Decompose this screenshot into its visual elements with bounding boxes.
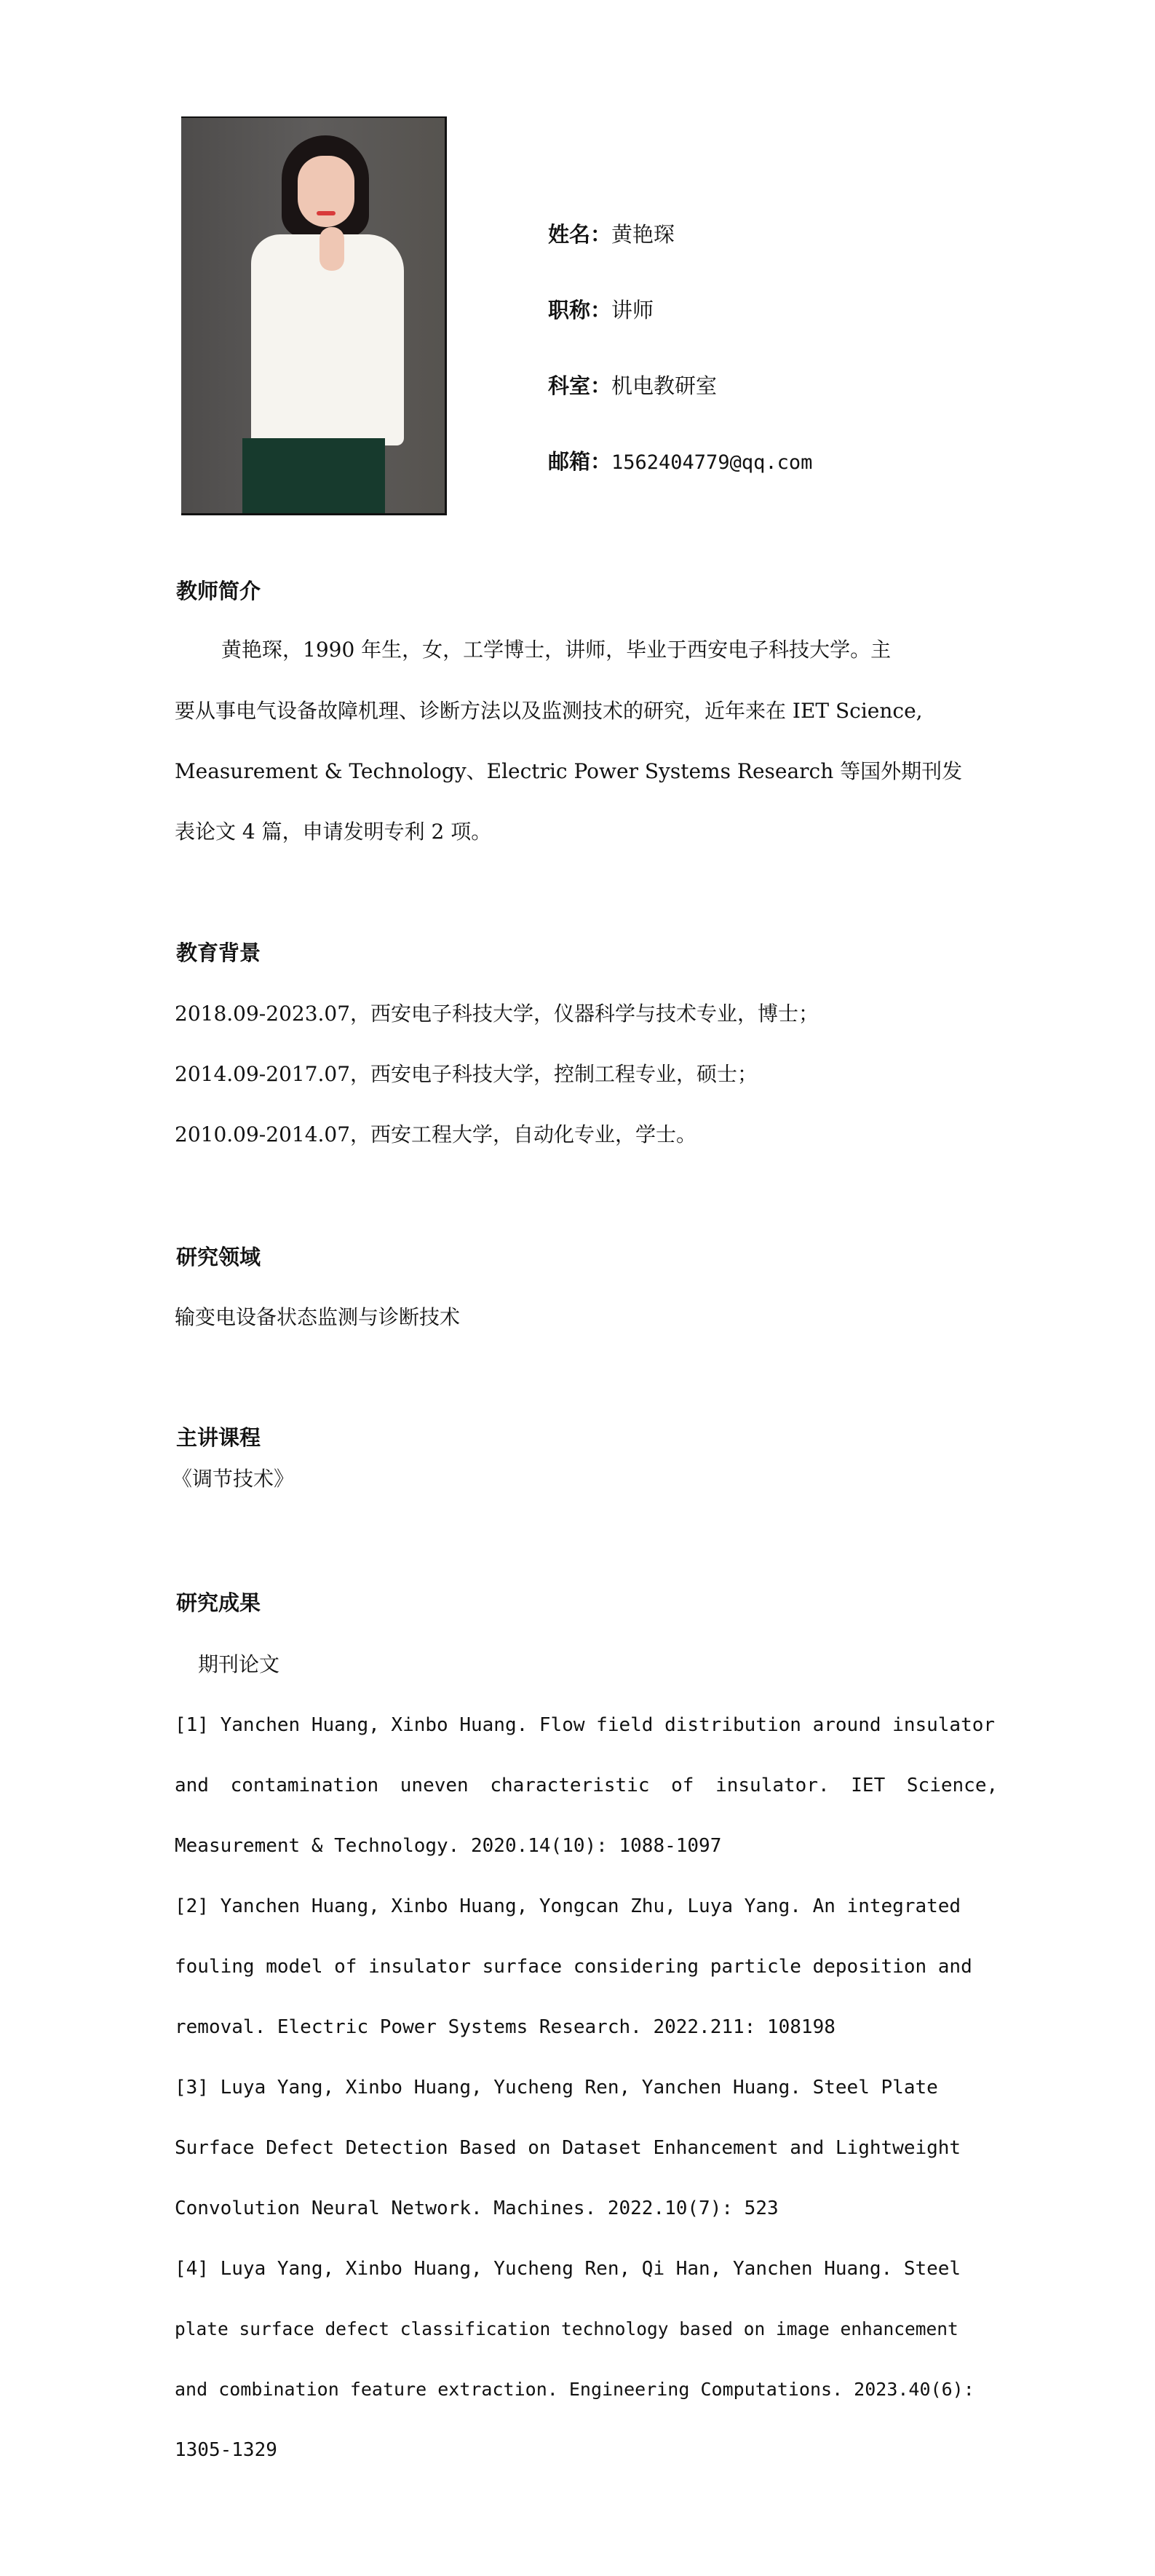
intro-line: Measurement & Technology、Electric Power … [175, 757, 962, 786]
section-heading-research-area: 研究领域 [176, 1243, 261, 1272]
email-link[interactable]: 1562404779@qq.com [611, 451, 812, 474]
photo-hand [319, 227, 344, 271]
paper-4-line: 1305-1329 [175, 2436, 277, 2465]
field-label: 邮箱： [548, 449, 611, 474]
field-label: 职称： [548, 298, 611, 322]
paper-4-line: [4] Luya Yang, Xinbo Huang, Yucheng Ren,… [175, 2254, 961, 2283]
section-heading-intro: 教师简介 [176, 576, 261, 606]
paper-2-line: fouling model of insulator surface consi… [175, 1952, 972, 1981]
intro-line: 表论文 4 篇，申请发明专利 2 项。 [175, 817, 491, 847]
teacher-photo [181, 116, 447, 515]
section-heading-courses: 主讲课程 [176, 1423, 261, 1452]
field-name: 姓名：黄艳琛 [548, 220, 675, 249]
education-item: 2010.09-2014.07，西安工程大学，自动化专业，学士。 [175, 1120, 696, 1149]
photo-face [298, 156, 354, 227]
field-title: 职称：讲师 [548, 296, 654, 325]
course-item: 《调节技术》 [172, 1465, 294, 1494]
section-heading-education: 教育背景 [176, 938, 261, 967]
paper-4-line: and combination feature extraction. Engi… [175, 2375, 975, 2404]
education-item: 2014.09-2017.07，西安电子科技大学，控制工程专业，硕士； [175, 1060, 758, 1089]
intro-line: 黄艳琛，1990 年生，女，工学博士，讲师，毕业于西安电子科技大学。主 [221, 635, 988, 665]
paper-2-line: [2] Yanchen Huang, Xinbo Huang, Yongcan … [175, 1892, 961, 1921]
results-subheading-journal-papers: 期刊论文 [198, 1650, 279, 1679]
paper-1-line: and contamination uneven characteristic … [175, 1771, 998, 1800]
paper-1-line: Measurement & Technology. 2020.14(10): 1… [175, 1831, 721, 1860]
field-email: 邮箱：1562404779@qq.com [548, 447, 812, 477]
research-area-content: 输变电设备状态监测与诊断技术 [175, 1303, 460, 1332]
field-label: 科室： [548, 373, 611, 398]
paper-4-line: plate surface defect classification tech… [175, 2315, 958, 2344]
field-value: 机电教研室 [611, 373, 717, 398]
photo-skirt [242, 438, 385, 515]
photo-lips [317, 211, 336, 215]
field-label: 姓名： [548, 222, 611, 247]
field-department: 科室：机电教研室 [548, 371, 717, 400]
paper-3-line: Convolution Neural Network. Machines. 20… [175, 2194, 779, 2223]
section-heading-results: 研究成果 [176, 1588, 261, 1617]
field-value: 黄艳琛 [611, 222, 675, 247]
education-item: 2018.09-2023.07，西安电子科技大学，仪器科学与技术专业，博士； [175, 999, 819, 1029]
paper-3-line: Surface Defect Detection Based on Datase… [175, 2133, 961, 2163]
paper-1-line: [1] Yanchen Huang, Xinbo Huang. Flow fie… [175, 1711, 995, 1740]
paper-2-line: removal. Electric Power Systems Research… [175, 2013, 836, 2042]
paper-3-line: [3] Luya Yang, Xinbo Huang, Yucheng Ren,… [175, 2073, 938, 2102]
intro-line: 要从事电气设备故障机理、诊断方法以及监测技术的研究，近年来在 IET Scien… [175, 697, 923, 726]
field-value: 讲师 [611, 298, 654, 322]
